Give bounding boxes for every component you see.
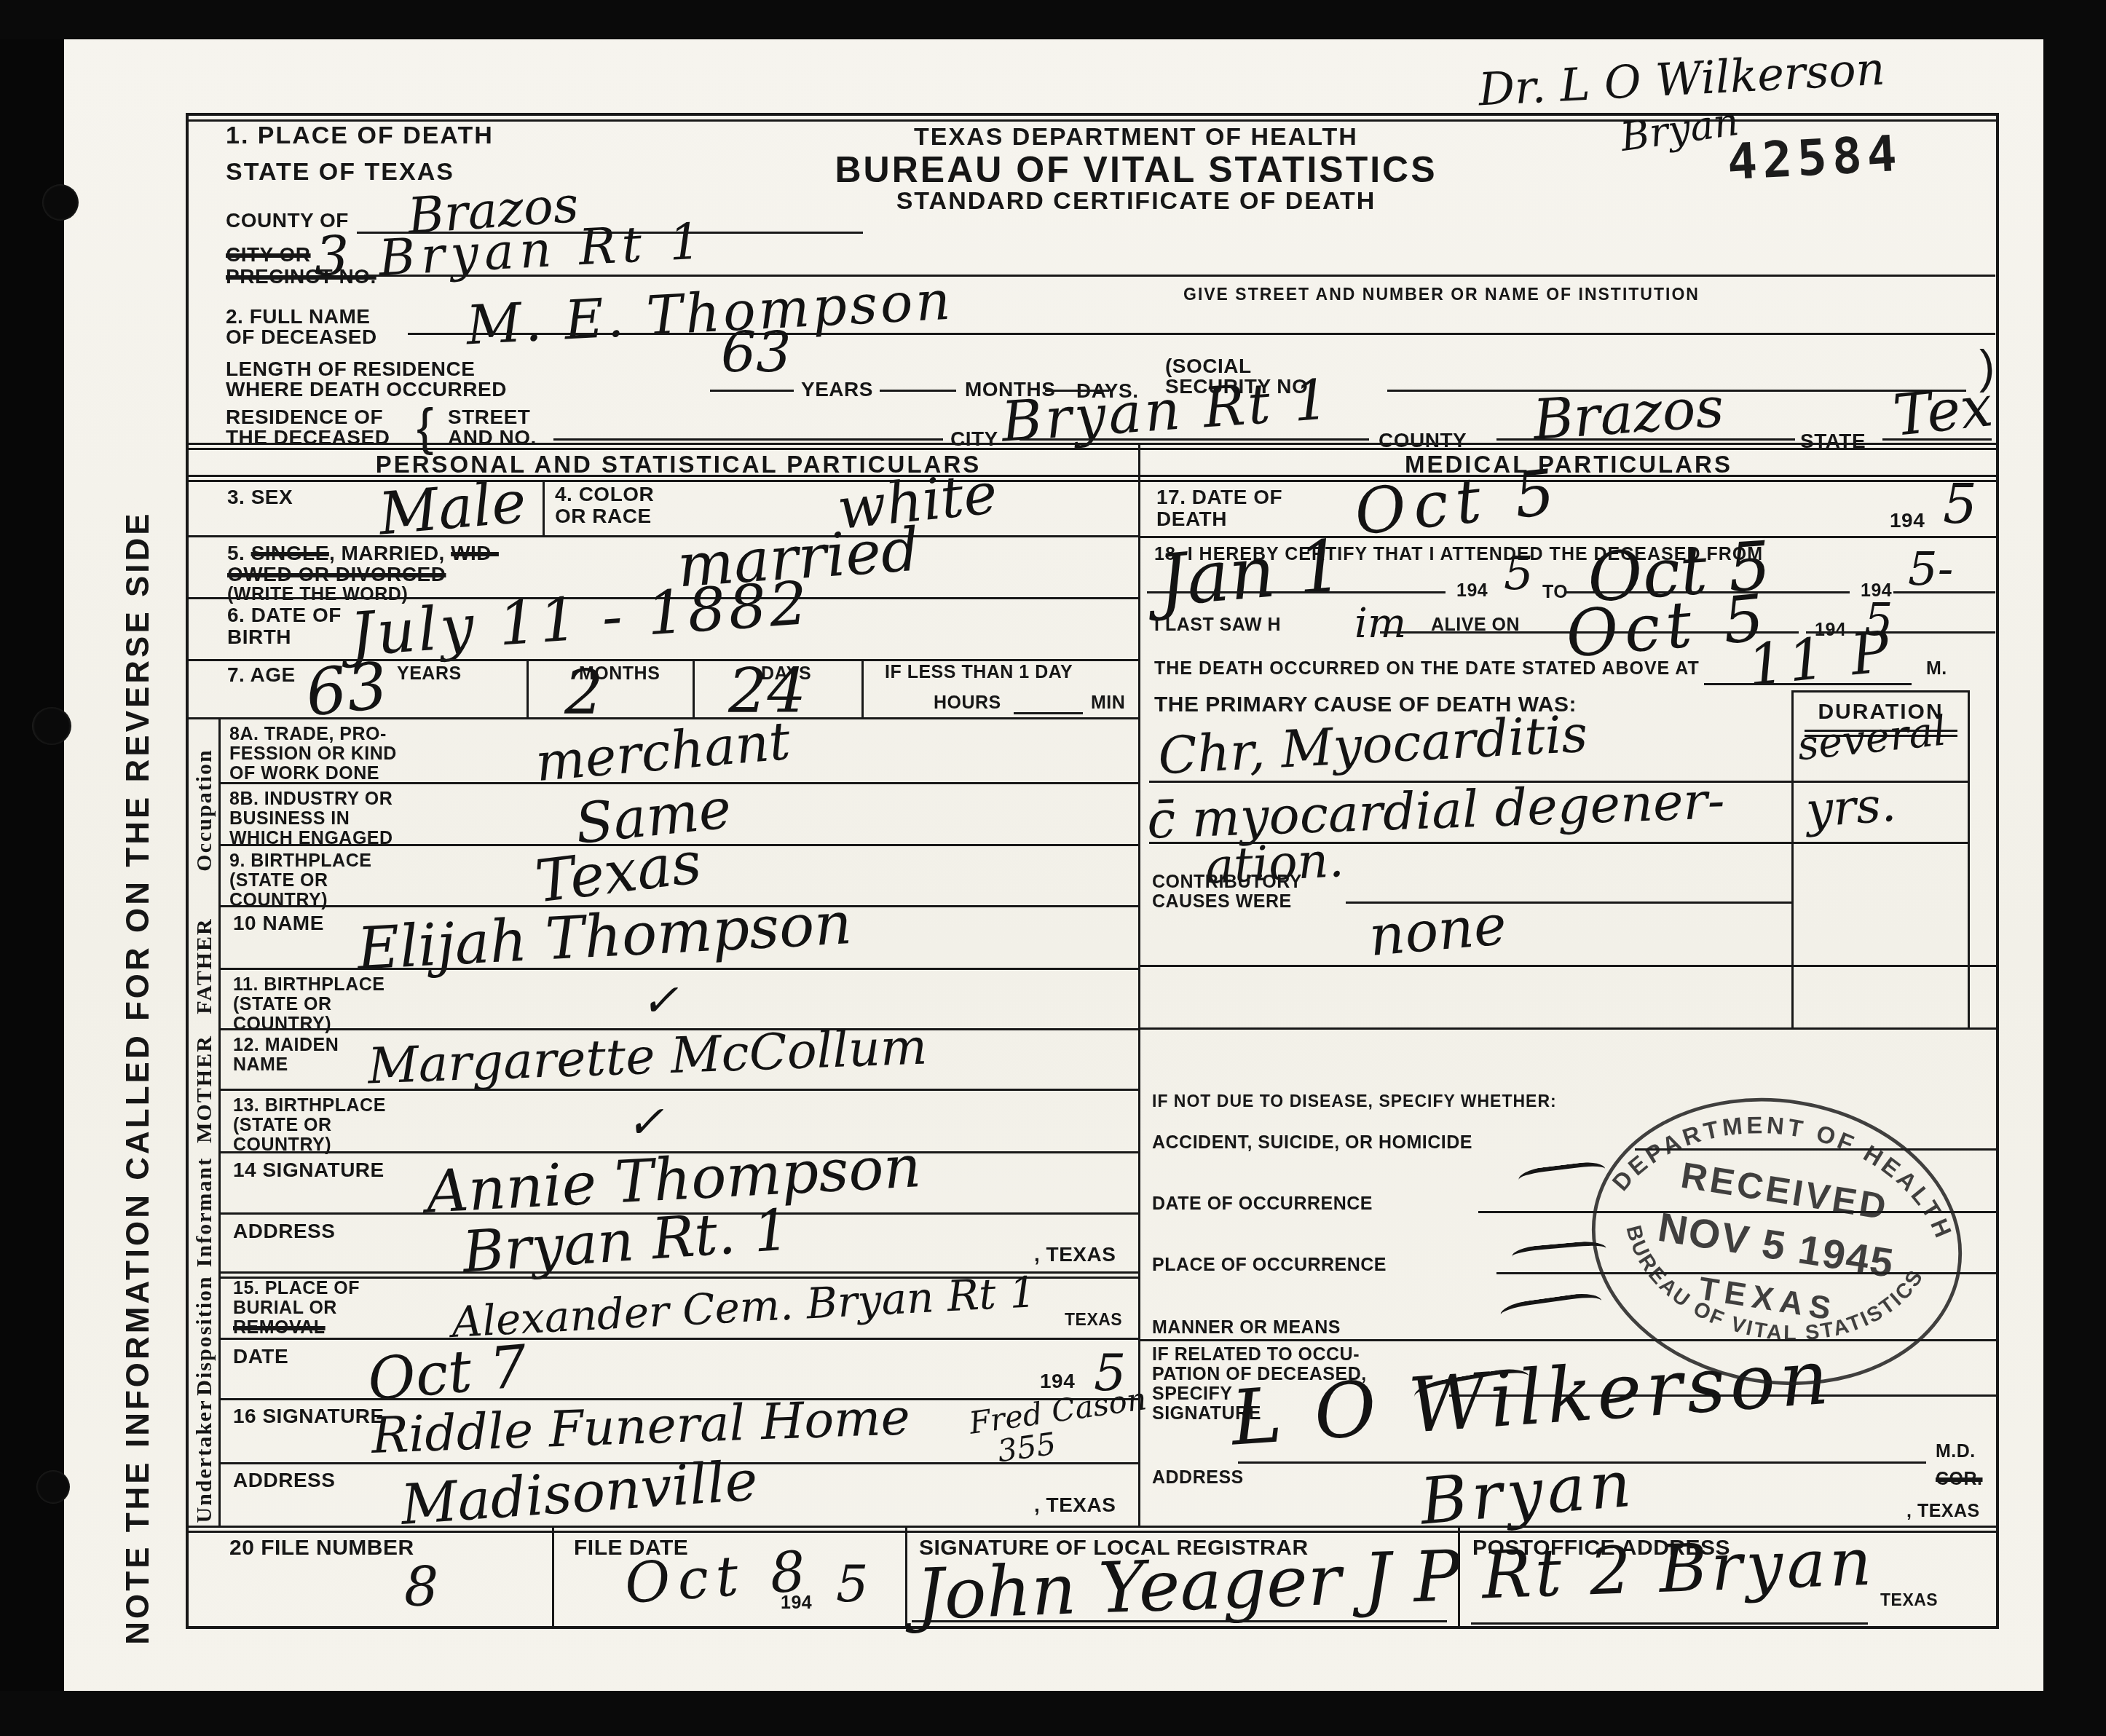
- city-or-label: CITY OR: [226, 244, 311, 266]
- physician-address-handwriting: Bryan: [1418, 1453, 1638, 1532]
- personal-band-title: PERSONAL AND STATISTICAL PARTICULARS: [218, 451, 1138, 478]
- side-label-occupation: Occupation: [191, 717, 218, 903]
- burial-date-label: DATE: [233, 1346, 288, 1368]
- dod-year-handwriting: 5: [1943, 479, 1977, 530]
- burial-label-3: REMOVAL: [233, 1318, 326, 1338]
- physician-texas-label: , TEXAS: [1906, 1502, 1980, 1521]
- hole-punch: [42, 184, 79, 221]
- mother-name-label-2: NAME: [233, 1055, 288, 1075]
- to-year-handwriting: 5-: [1908, 548, 1953, 592]
- dept-of-health-title: TEXAS DEPARTMENT OF HEALTH: [699, 124, 1573, 151]
- burial-label-2: BURIAL OR: [233, 1298, 337, 1318]
- length-residence-label-2: WHERE DEATH OCCURRED: [226, 379, 507, 401]
- state-of-texas-label: STATE OF TEXAS: [226, 159, 454, 186]
- cor-label: COR.: [1936, 1469, 1983, 1489]
- last-saw-date-handwriting: Oct 5: [1563, 587, 1772, 666]
- death-occurred-label: THE DEATH OCCURRED ON THE DATE STATED AB…: [1154, 659, 1700, 679]
- age-years-handwriting: 63: [303, 655, 390, 724]
- father-bp-label-1: 11. BIRTHPLACE: [233, 975, 384, 995]
- precinct-number-handwriting: 3: [315, 232, 349, 283]
- occ8a-label-3: OF WORK DONE: [229, 764, 379, 784]
- sex-label: 3. SEX: [227, 486, 293, 508]
- contributory-label-1: CONTRIBUTORY: [1152, 872, 1302, 892]
- father-bp-label-3: COUNTRY): [233, 1014, 331, 1034]
- not-disease-label: IF NOT DUE TO DISEASE, SPECIFY WHETHER:: [1152, 1092, 1557, 1110]
- occ8b-label-1: 8B. INDUSTRY OR: [229, 789, 393, 809]
- accident-label: ACCIDENT, SUICIDE, OR HOMICIDE: [1152, 1133, 1472, 1153]
- birth-label-1: 6. DATE OF: [227, 604, 342, 626]
- informant-signature-label: 14 SIGNATURE: [233, 1159, 384, 1181]
- residence-years-handwriting: 63: [721, 326, 792, 379]
- birthplace9-label-1: 9. BIRTHPLACE: [229, 851, 371, 871]
- marital-married: , MARRIED,: [329, 542, 445, 564]
- last-saw-label-1: I LAST SAW H: [1154, 615, 1281, 635]
- if-less-label: IF LESS THAN 1 DAY: [885, 663, 1073, 682]
- precinct-no-label: PRECINCT NO.: [226, 266, 376, 288]
- file-number-handwriting: 8: [404, 1562, 438, 1613]
- scanned-death-certificate: NOTE THE INFORMATION CALLED FOR ON THE R…: [0, 0, 2106, 1736]
- contributory-value-handwriting: none: [1367, 899, 1508, 963]
- margin-note: NOTE THE INFORMATION CALLED FOR ON THE R…: [121, 484, 156, 1671]
- postoffice-handwriting: Rt 2 Bryan: [1481, 1531, 1877, 1607]
- informant-address-label: ADDRESS: [233, 1220, 335, 1242]
- burial-texas-label: TEXAS: [1065, 1311, 1122, 1329]
- marital-label-line1: 5. SINGLE, MARRIED, WID-: [227, 542, 499, 564]
- medical-band-title: MEDICAL PARTICULARS: [1138, 451, 1999, 478]
- birth-label-2: BIRTH: [227, 626, 291, 648]
- meridiem-label: M.: [1926, 659, 1947, 679]
- informant-texas-label: , TEXAS: [1034, 1244, 1116, 1266]
- color-race-label-1: 4. COLOR: [555, 484, 654, 505]
- residence-label-2: THE DECEASED: [226, 427, 390, 449]
- dod-year-prefix: 194: [1890, 510, 1925, 532]
- registrar-signature-handwriting: John Yeager J P: [915, 1543, 1462, 1628]
- physician-address-label: ADDRESS: [1152, 1468, 1244, 1488]
- undertaker-address-label: ADDRESS: [233, 1469, 335, 1491]
- color-race-label-2: OR RACE: [555, 505, 652, 527]
- hole-punch: [32, 707, 71, 745]
- file-date-year-handwriting: 5: [836, 1560, 869, 1609]
- city-label: CITY: [950, 428, 998, 450]
- file-date-year-prefix: 194: [781, 1593, 812, 1613]
- file-number-label: 20 FILE NUMBER: [229, 1536, 414, 1560]
- father-name-label: 10 NAME: [233, 912, 324, 934]
- side-label-disposition: Disposition: [191, 1274, 218, 1397]
- md-label: M.D.: [1936, 1442, 1976, 1461]
- date-occurrence-label: DATE OF OCCURRENCE: [1152, 1194, 1373, 1214]
- place-occurrence-label: PLACE OF OCCURRENCE: [1152, 1255, 1387, 1275]
- side-label-mother: MOTHER: [191, 1028, 218, 1150]
- birthplace9-label-2: (STATE OR: [229, 871, 328, 891]
- from-year-handwriting: 5: [1504, 552, 1534, 596]
- residence-state-handwriting: Tex: [1891, 379, 1995, 443]
- marital-number: 5.: [227, 542, 245, 564]
- mother-bp-label-1: 13. BIRTHPLACE: [233, 1096, 386, 1116]
- bureau-title: BUREAU OF VITAL STATISTICS: [699, 150, 1573, 189]
- postoffice-texas-label: TEXAS: [1880, 1591, 1938, 1609]
- min-label: MIN: [1091, 693, 1125, 713]
- hole-punch: [36, 1470, 70, 1504]
- side-label-undertaker: Undertaker: [191, 1398, 218, 1524]
- certificate-number-stamp: 42584: [1726, 125, 1904, 192]
- full-name-label-1: 2. FULL NAME: [226, 306, 370, 328]
- residence-label-1: RESIDENCE OF: [226, 406, 383, 428]
- attended-from-handwriting: Jan 1: [1155, 532, 1345, 616]
- photo-bottom-band: [0, 1691, 2106, 1736]
- last-saw-fill-handwriting: im: [1354, 604, 1406, 643]
- standard-certificate-title: STANDARD CERTIFICATE OF DEATH: [699, 188, 1573, 215]
- occ8a-label-1: 8A. TRADE, PRO-: [229, 725, 387, 744]
- mother-bp-checkmark: ✓: [626, 1101, 664, 1144]
- occ8b-label-2: BUSINESS IN: [229, 809, 350, 829]
- date-of-death-label-2: DEATH: [1156, 508, 1227, 530]
- photo-top-band: [0, 0, 2106, 39]
- duration-line2-handwriting: yrs.: [1805, 782, 1898, 834]
- marital-label-line2: OWED OR DIVORCED: [227, 564, 446, 585]
- related-occupation-label-3: SPECIFY: [1152, 1384, 1232, 1404]
- occ8a-label-2: FESSION OR KIND: [229, 744, 397, 764]
- undertaker-texas-label: , TEXAS: [1034, 1494, 1116, 1516]
- length-residence-label-1: LENGTH OF RESIDENCE: [226, 358, 475, 380]
- mother-bp-label-2: (STATE OR: [233, 1116, 332, 1135]
- years-label: YEARS: [801, 379, 873, 401]
- from-year-prefix: 194: [1456, 581, 1488, 601]
- institution-note: GIVE STREET AND NUMBER OR NAME OF INSTIT…: [1183, 285, 1700, 304]
- age-months-handwriting: 2: [564, 664, 603, 722]
- residence-brace: {: [417, 398, 433, 456]
- undertaker-note2-handwriting: 355: [996, 1429, 1058, 1467]
- burial-label-1: 15. PLACE OF: [233, 1279, 360, 1298]
- date-of-death-label-1: 17. DATE OF: [1156, 486, 1282, 508]
- contributory-label-2: CAUSES WERE: [1152, 892, 1292, 912]
- mother-name-label-1: 12. MAIDEN: [233, 1035, 339, 1055]
- received-stamp: DEPARTMENT OF HEALTH RECEIVED NOV 5 1945…: [1573, 1086, 1981, 1397]
- undertaker-signature-label: 16 SIGNATURE: [233, 1405, 384, 1427]
- manner-means-label: MANNER OR MEANS: [1152, 1318, 1341, 1338]
- related-occupation-label-1: IF RELATED TO OCCU-: [1152, 1345, 1360, 1365]
- father-bp-checkmark: ✓: [641, 979, 679, 1022]
- street-label-2: AND NO.: [448, 427, 537, 449]
- sex-value-handwriting: Male: [376, 474, 528, 542]
- hours-label: HOURS: [934, 693, 1001, 713]
- place-of-death-label: 1. PLACE OF DEATH: [226, 122, 494, 149]
- street-label-1: STREET: [448, 406, 530, 428]
- marital-wid: WID-: [451, 542, 499, 564]
- side-label-father: FATHER: [191, 905, 218, 1027]
- burial-year-prefix: 194: [1040, 1370, 1075, 1392]
- age-years-label: YEARS: [397, 664, 462, 684]
- photo-right-band: [2043, 0, 2106, 1736]
- age-label: 7. AGE: [227, 664, 296, 686]
- marital-single: SINGLE: [251, 542, 329, 564]
- residence-county-handwriting: Brazos: [1531, 381, 1726, 446]
- side-label-informant: Informant: [191, 1151, 218, 1273]
- father-bp-label-2: (STATE OR: [233, 995, 332, 1014]
- full-name-label-2: OF DECEASED: [226, 326, 377, 348]
